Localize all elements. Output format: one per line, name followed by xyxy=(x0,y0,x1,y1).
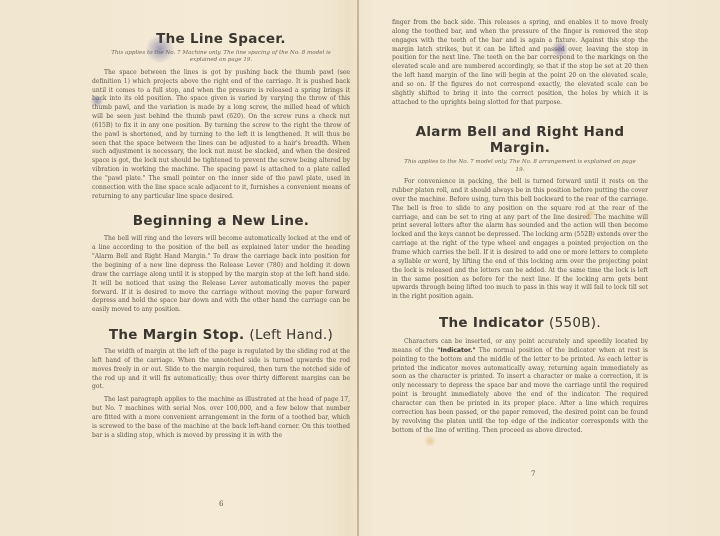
indicator-title-suffix: (550B). xyxy=(549,315,601,331)
section-title-new-line: Beginning a New Line. xyxy=(92,213,350,229)
paragraph-margin-stop-2: The last paragraph applies to the machin… xyxy=(92,396,350,440)
page-number-right: 7 xyxy=(531,470,535,478)
paragraph-new-line: The bell will ring and the levers will b… xyxy=(92,235,350,315)
paragraph-indicator: Characters can be inserted, or any point… xyxy=(392,338,648,435)
paragraph-alarm-bell: For convenience in packing, the bell is … xyxy=(392,178,648,302)
right-page: finger from the back side. This releases… xyxy=(392,0,648,435)
ink-smudge xyxy=(90,95,104,107)
paragraph-margin-stop-1: The width of margin at the left of the p… xyxy=(92,348,350,392)
paragraph-continuation: finger from the back side. This releases… xyxy=(392,19,648,107)
paper-stain xyxy=(584,208,596,220)
book-gutter xyxy=(357,0,359,536)
section-title-indicator: The Indicator (550B). xyxy=(392,315,648,331)
left-page: The Line Spacer. This applies to the No.… xyxy=(92,0,350,441)
paper-stain xyxy=(424,435,436,447)
indicator-title-main: The Indicator xyxy=(439,315,544,331)
section-title-alarm-bell: Alarm Bell and Right Hand Margin. xyxy=(392,124,648,156)
ink-smudge xyxy=(145,35,175,63)
section-note-alarm-bell: This applies to the No. 7 model only. Th… xyxy=(400,159,640,174)
ink-smudge xyxy=(553,38,567,60)
page-number-left: 6 xyxy=(219,500,223,508)
section-title-line-spacer: The Line Spacer. xyxy=(92,31,350,47)
indicator-bold-term: "Indicator." xyxy=(437,347,475,354)
margin-stop-title-suffix: (Left Hand.) xyxy=(249,327,333,343)
margin-stop-title-main: The Margin Stop. xyxy=(109,327,245,343)
section-note-line-spacer: This applies to the No. 7 Machine only. … xyxy=(100,50,342,65)
indicator-text-after: The normal position of the indicator whe… xyxy=(392,347,648,434)
paragraph-line-spacer: The space between the lines is got by pu… xyxy=(92,69,350,202)
section-title-margin-stop: The Margin Stop. (Left Hand.) xyxy=(92,327,350,343)
